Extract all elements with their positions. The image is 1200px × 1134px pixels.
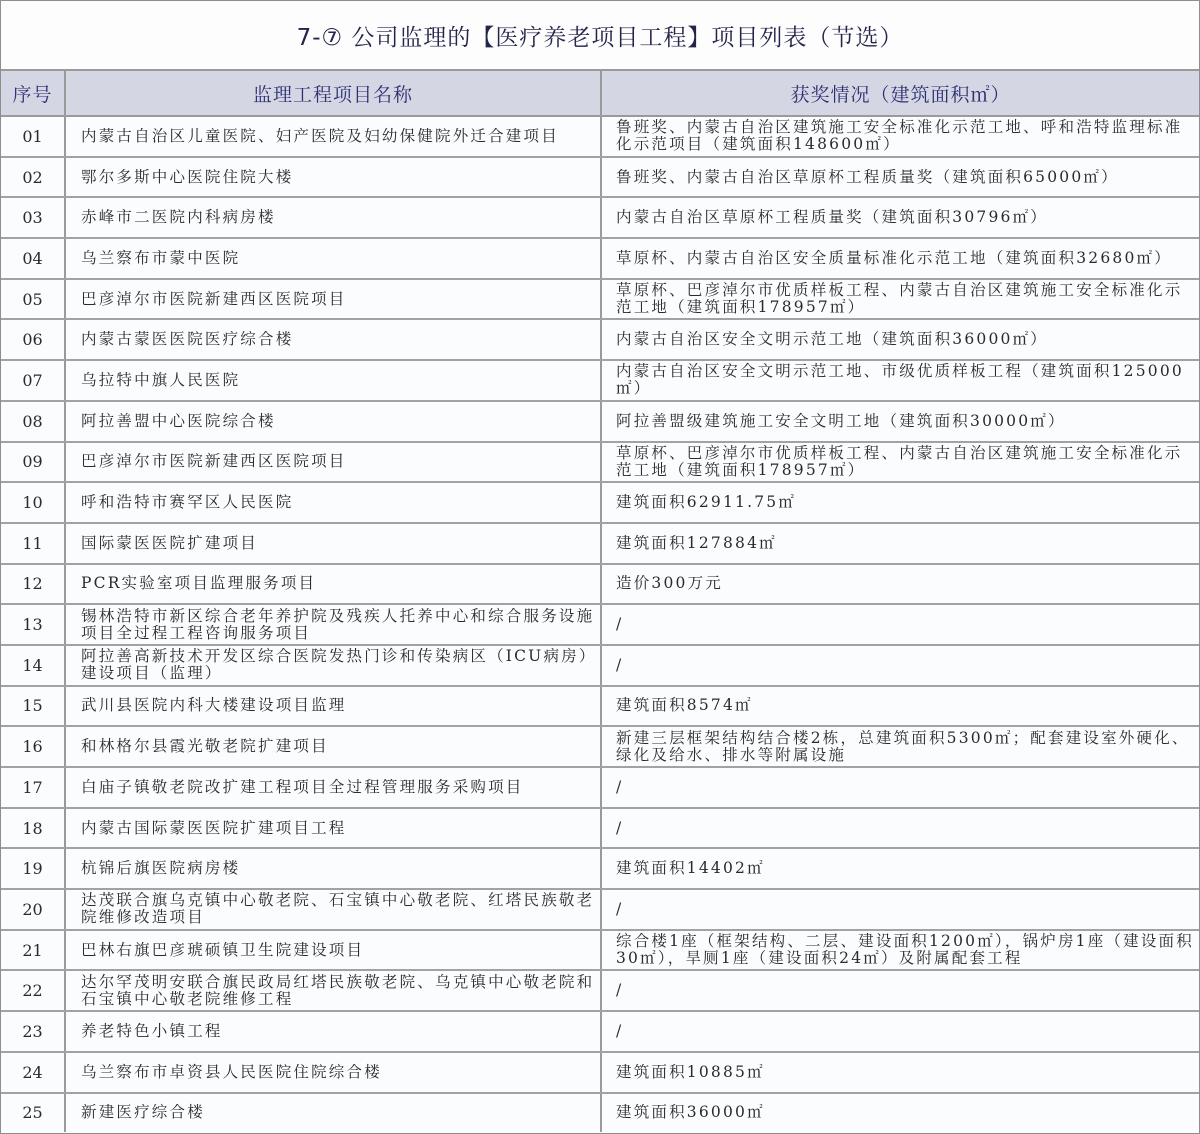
table-row: 23养老特色小镇工程/ <box>1 1011 1199 1052</box>
award-info-cell: 新建三层框架结构结合楼2栋，总建筑面积5300㎡；配套建设室外硬化、绿化及给水、… <box>601 726 1199 767</box>
page-title: 7-⑦ 公司监理的【医疗养老项目工程】项目列表（节选） <box>297 19 904 52</box>
project-name: 乌兰察布市蒙中医院 <box>81 250 596 267</box>
award-info: / <box>616 657 1195 674</box>
row-number: 04 <box>1 250 64 267</box>
table-row: 17白庙子镇敬老院改扩建工程项目全过程管理服务采购项目/ <box>1 767 1199 808</box>
row-number-cell: 06 <box>1 319 65 360</box>
table-row: 22达尔罕茂明安联合旗民政局红塔民族敬老院、乌克镇中心敬老院和石宝镇中心敬老院维… <box>1 970 1199 1011</box>
project-name: 内蒙古自治区儿童医院、妇产医院及妇幼保健院外迁合建项目 <box>81 128 596 145</box>
project-name: 锡林浩特市新区综合老年养护院及残疾人托养中心和综合服务设施项目全过程工程咨询服务… <box>81 608 596 642</box>
table-row: 11国际蒙医医院扩建项目建筑面积127884㎡ <box>1 523 1199 564</box>
row-number: 14 <box>1 657 64 674</box>
row-number-cell: 22 <box>1 970 65 1011</box>
project-name-cell: 巴林右旗巴彦琥硕镇卫生院建设项目 <box>65 930 601 971</box>
award-info: / <box>616 779 1195 796</box>
row-number-cell: 16 <box>1 726 65 767</box>
row-number-cell: 15 <box>1 686 65 727</box>
row-number: 18 <box>1 820 64 837</box>
award-info-cell: 草原杯、内蒙古自治区安全质量标准化示范工地（建筑面积32680㎡） <box>601 238 1199 279</box>
award-info: 草原杯、内蒙古自治区安全质量标准化示范工地（建筑面积32680㎡） <box>616 250 1195 267</box>
award-info-cell: 鲁班奖、内蒙古自治区建筑施工安全标准化示范工地、呼和浩特监理标准化示范项目（建筑… <box>601 116 1199 157</box>
award-info-cell: 建筑面积10885㎡ <box>601 1052 1199 1093</box>
award-info-cell: / <box>601 1011 1199 1052</box>
award-info-cell: 建筑面积36000㎡ <box>601 1093 1199 1133</box>
project-name-cell: 阿拉善盟中心医院综合楼 <box>65 401 601 442</box>
table-row: 03赤峰市二医院内科病房楼内蒙古自治区草原杯工程质量奖（建筑面积30796㎡） <box>1 197 1199 238</box>
table-row: 12PCR实验室项目监理服务项目造价300万元 <box>1 564 1199 605</box>
award-info-cell: 建筑面积8574㎡ <box>601 686 1199 727</box>
row-number-cell: 04 <box>1 238 65 279</box>
row-number-cell: 02 <box>1 157 65 198</box>
project-name: 达尔罕茂明安联合旗民政局红塔民族敬老院、乌克镇中心敬老院和石宝镇中心敬老院维修工… <box>81 974 596 1008</box>
award-info: 内蒙古自治区安全文明示范工地（建筑面积36000㎡） <box>616 331 1195 348</box>
project-name-cell: 乌拉特中旗人民医院 <box>65 360 601 401</box>
project-name-cell: 达茂联合旗乌克镇中心敬老院、石宝镇中心敬老院、红塔民族敬老院维修改造项目 <box>65 889 601 930</box>
title-bar: 7-⑦ 公司监理的【医疗养老项目工程】项目列表（节选） <box>1 1 1199 71</box>
row-number-cell: 10 <box>1 482 65 523</box>
table-row: 24乌兰察布市卓资县人民医院住院综合楼建筑面积10885㎡ <box>1 1052 1199 1093</box>
award-info: / <box>616 616 1195 633</box>
table-row: 25新建医疗综合楼建筑面积36000㎡ <box>1 1093 1199 1133</box>
project-name-cell: 乌兰察布市蒙中医院 <box>65 238 601 279</box>
award-info: 建筑面积10885㎡ <box>616 1064 1195 1081</box>
row-number-cell: 05 <box>1 279 65 320</box>
column-header-award: 获奖情况（建筑面积㎡） <box>601 71 1199 116</box>
project-name-cell: 巴彦淖尔市医院新建西区医院项目 <box>65 279 601 320</box>
award-info-cell: / <box>601 808 1199 849</box>
row-number: 09 <box>1 453 64 470</box>
column-header-no: 序号 <box>1 71 65 116</box>
project-name-cell: 锡林浩特市新区综合老年养护院及残疾人托养中心和综合服务设施项目全过程工程咨询服务… <box>65 604 601 645</box>
table-row: 02鄂尔多斯中心医院住院大楼鲁班奖、内蒙古自治区草原杯工程质量奖（建筑面积650… <box>1 157 1199 198</box>
award-info: 建筑面积8574㎡ <box>616 697 1195 714</box>
award-info: / <box>616 982 1195 999</box>
project-name: 阿拉善高新技术开发区综合医院发热门诊和传染病区（ICU病房）建设项目（监理） <box>81 648 596 682</box>
row-number: 25 <box>1 1104 64 1121</box>
column-header-name: 监理工程项目名称 <box>65 71 601 116</box>
project-name: 国际蒙医医院扩建项目 <box>81 535 596 552</box>
row-number: 05 <box>1 291 64 308</box>
project-name-cell: 内蒙古蒙医医院医疗综合楼 <box>65 319 601 360</box>
row-number: 15 <box>1 697 64 714</box>
award-info: / <box>616 820 1195 837</box>
award-info: 草原杯、巴彦淖尔市优质样板工程、内蒙古自治区建筑施工安全标准化示范工地（建筑面积… <box>616 445 1195 479</box>
table-row: 07乌拉特中旗人民医院内蒙古自治区安全文明示范工地、市级优质样板工程（建筑面积1… <box>1 360 1199 401</box>
table-row: 04乌兰察布市蒙中医院草原杯、内蒙古自治区安全质量标准化示范工地（建筑面积326… <box>1 238 1199 279</box>
row-number-cell: 03 <box>1 197 65 238</box>
row-number-cell: 13 <box>1 604 65 645</box>
project-name-cell: 赤峰市二医院内科病房楼 <box>65 197 601 238</box>
row-number-cell: 18 <box>1 808 65 849</box>
table-row: 01内蒙古自治区儿童医院、妇产医院及妇幼保健院外迁合建项目鲁班奖、内蒙古自治区建… <box>1 116 1199 157</box>
row-number-cell: 14 <box>1 645 65 686</box>
project-name: PCR实验室项目监理服务项目 <box>81 575 596 592</box>
award-info: 建筑面积62911.75㎡ <box>616 494 1195 511</box>
row-number: 19 <box>1 860 64 877</box>
project-name-cell: 巴彦淖尔市医院新建西区医院项目 <box>65 442 601 483</box>
row-number: 22 <box>1 982 64 999</box>
table-body: 01内蒙古自治区儿童医院、妇产医院及妇幼保健院外迁合建项目鲁班奖、内蒙古自治区建… <box>1 116 1199 1132</box>
award-info: 阿拉善盟级建筑施工安全文明工地（建筑面积30000㎡） <box>616 413 1195 430</box>
header-row: 序号 监理工程项目名称 获奖情况（建筑面积㎡） <box>1 71 1199 116</box>
project-table: 序号 监理工程项目名称 获奖情况（建筑面积㎡） 01内蒙古自治区儿童医院、妇产医… <box>1 71 1199 1132</box>
row-number: 16 <box>1 738 64 755</box>
row-number: 01 <box>1 128 64 145</box>
award-info: 建筑面积36000㎡ <box>616 1104 1195 1121</box>
row-number-cell: 11 <box>1 523 65 564</box>
project-name-cell: 乌兰察布市卓资县人民医院住院综合楼 <box>65 1052 601 1093</box>
table-row: 08阿拉善盟中心医院综合楼阿拉善盟级建筑施工安全文明工地（建筑面积30000㎡） <box>1 401 1199 442</box>
project-list-sheet: 7-⑦ 公司监理的【医疗养老项目工程】项目列表（节选） 序号 监理工程项目名称 … <box>0 0 1200 1134</box>
project-name: 杭锦后旗医院病房楼 <box>81 860 596 877</box>
award-info-cell: / <box>601 970 1199 1011</box>
row-number: 13 <box>1 616 64 633</box>
project-name-cell: 武川县医院内科大楼建设项目监理 <box>65 686 601 727</box>
row-number: 06 <box>1 331 64 348</box>
project-name: 巴彦淖尔市医院新建西区医院项目 <box>81 291 596 308</box>
award-info-cell: 阿拉善盟级建筑施工安全文明工地（建筑面积30000㎡） <box>601 401 1199 442</box>
award-info-cell: 内蒙古自治区草原杯工程质量奖（建筑面积30796㎡） <box>601 197 1199 238</box>
row-number-cell: 25 <box>1 1093 65 1133</box>
row-number-cell: 20 <box>1 889 65 930</box>
award-info: 综合楼1座（框架结构、二层、建设面积1200㎡），锅炉房1座（建设面积30㎡），… <box>616 933 1195 967</box>
award-info: 建筑面积127884㎡ <box>616 535 1195 552</box>
project-name: 巴林右旗巴彦琥硕镇卫生院建设项目 <box>81 942 596 959</box>
row-number: 11 <box>1 535 64 552</box>
award-info-cell: 综合楼1座（框架结构、二层、建设面积1200㎡），锅炉房1座（建设面积30㎡），… <box>601 930 1199 971</box>
row-number-cell: 17 <box>1 767 65 808</box>
row-number: 07 <box>1 372 64 389</box>
award-info-cell: / <box>601 889 1199 930</box>
project-name-cell: PCR实验室项目监理服务项目 <box>65 564 601 605</box>
project-name-cell: 呼和浩特市赛罕区人民医院 <box>65 482 601 523</box>
row-number-cell: 12 <box>1 564 65 605</box>
project-name: 巴彦淖尔市医院新建西区医院项目 <box>81 453 596 470</box>
award-info-cell: 造价300万元 <box>601 564 1199 605</box>
table-row: 05巴彦淖尔市医院新建西区医院项目草原杯、巴彦淖尔市优质样板工程、内蒙古自治区建… <box>1 279 1199 320</box>
project-name-cell: 阿拉善高新技术开发区综合医院发热门诊和传染病区（ICU病房）建设项目（监理） <box>65 645 601 686</box>
row-number: 17 <box>1 779 64 796</box>
project-name: 内蒙古蒙医医院医疗综合楼 <box>81 331 596 348</box>
table-row: 10呼和浩特市赛罕区人民医院建筑面积62911.75㎡ <box>1 482 1199 523</box>
project-name: 和林格尔县霞光敬老院扩建项目 <box>81 738 596 755</box>
table-row: 16和林格尔县霞光敬老院扩建项目新建三层框架结构结合楼2栋，总建筑面积5300㎡… <box>1 726 1199 767</box>
project-name: 乌兰察布市卓资县人民医院住院综合楼 <box>81 1064 596 1081</box>
table-row: 18内蒙古国际蒙医医院扩建项目工程/ <box>1 808 1199 849</box>
row-number-cell: 23 <box>1 1011 65 1052</box>
row-number: 24 <box>1 1064 64 1081</box>
row-number-cell: 07 <box>1 360 65 401</box>
award-info: 新建三层框架结构结合楼2栋，总建筑面积5300㎡；配套建设室外硬化、绿化及给水、… <box>616 730 1195 764</box>
row-number-cell: 21 <box>1 930 65 971</box>
project-name: 鄂尔多斯中心医院住院大楼 <box>81 169 596 186</box>
award-info: / <box>616 901 1195 918</box>
row-number-cell: 08 <box>1 401 65 442</box>
project-name-cell: 新建医疗综合楼 <box>65 1093 601 1133</box>
table-row: 15武川县医院内科大楼建设项目监理建筑面积8574㎡ <box>1 686 1199 727</box>
project-name-cell: 国际蒙医医院扩建项目 <box>65 523 601 564</box>
project-name: 武川县医院内科大楼建设项目监理 <box>81 697 596 714</box>
table-row: 13锡林浩特市新区综合老年养护院及残疾人托养中心和综合服务设施项目全过程工程咨询… <box>1 604 1199 645</box>
award-info-cell: 草原杯、巴彦淖尔市优质样板工程、内蒙古自治区建筑施工安全标准化示范工地（建筑面积… <box>601 442 1199 483</box>
project-name: 白庙子镇敬老院改扩建工程项目全过程管理服务采购项目 <box>81 779 596 796</box>
award-info: 鲁班奖、内蒙古自治区草原杯工程质量奖（建筑面积65000㎡） <box>616 169 1195 186</box>
project-name: 赤峰市二医院内科病房楼 <box>81 209 596 226</box>
award-info: / <box>616 1023 1195 1040</box>
award-info: 鲁班奖、内蒙古自治区建筑施工安全标准化示范工地、呼和浩特监理标准化示范项目（建筑… <box>616 119 1195 153</box>
project-name-cell: 鄂尔多斯中心医院住院大楼 <box>65 157 601 198</box>
row-number: 21 <box>1 942 64 959</box>
row-number-cell: 24 <box>1 1052 65 1093</box>
project-name-cell: 杭锦后旗医院病房楼 <box>65 848 601 889</box>
award-info-cell: 草原杯、巴彦淖尔市优质样板工程、内蒙古自治区建筑施工安全标准化示范工地（建筑面积… <box>601 279 1199 320</box>
award-info: 建筑面积14402㎡ <box>616 860 1195 877</box>
row-number: 10 <box>1 494 64 511</box>
award-info-cell: 鲁班奖、内蒙古自治区草原杯工程质量奖（建筑面积65000㎡） <box>601 157 1199 198</box>
award-info-cell: 内蒙古自治区安全文明示范工地、市级优质样板工程（建筑面积125000㎡） <box>601 360 1199 401</box>
table-header: 序号 监理工程项目名称 获奖情况（建筑面积㎡） <box>1 71 1199 116</box>
award-info-cell: 建筑面积127884㎡ <box>601 523 1199 564</box>
row-number-cell: 01 <box>1 116 65 157</box>
row-number-cell: 09 <box>1 442 65 483</box>
award-info-cell: 内蒙古自治区安全文明示范工地（建筑面积36000㎡） <box>601 319 1199 360</box>
project-name-cell: 内蒙古自治区儿童医院、妇产医院及妇幼保健院外迁合建项目 <box>65 116 601 157</box>
project-name: 内蒙古国际蒙医医院扩建项目工程 <box>81 820 596 837</box>
row-number: 23 <box>1 1023 64 1040</box>
award-info: 造价300万元 <box>616 575 1195 592</box>
award-info-cell: / <box>601 604 1199 645</box>
award-info-cell: 建筑面积14402㎡ <box>601 848 1199 889</box>
row-number: 02 <box>1 169 64 186</box>
award-info-cell: / <box>601 645 1199 686</box>
project-name-cell: 白庙子镇敬老院改扩建工程项目全过程管理服务采购项目 <box>65 767 601 808</box>
award-info-cell: / <box>601 767 1199 808</box>
table-row: 19杭锦后旗医院病房楼建筑面积14402㎡ <box>1 848 1199 889</box>
table-row: 21巴林右旗巴彦琥硕镇卫生院建设项目综合楼1座（框架结构、二层、建设面积1200… <box>1 930 1199 971</box>
award-info-cell: 建筑面积62911.75㎡ <box>601 482 1199 523</box>
row-number: 20 <box>1 901 64 918</box>
project-name: 养老特色小镇工程 <box>81 1023 596 1040</box>
row-number-cell: 19 <box>1 848 65 889</box>
table-row: 20达茂联合旗乌克镇中心敬老院、石宝镇中心敬老院、红塔民族敬老院维修改造项目/ <box>1 889 1199 930</box>
table-row: 14阿拉善高新技术开发区综合医院发热门诊和传染病区（ICU病房）建设项目（监理）… <box>1 645 1199 686</box>
project-name: 达茂联合旗乌克镇中心敬老院、石宝镇中心敬老院、红塔民族敬老院维修改造项目 <box>81 892 596 926</box>
project-name-cell: 内蒙古国际蒙医医院扩建项目工程 <box>65 808 601 849</box>
project-name: 阿拉善盟中心医院综合楼 <box>81 413 596 430</box>
table-row: 06内蒙古蒙医医院医疗综合楼内蒙古自治区安全文明示范工地（建筑面积36000㎡） <box>1 319 1199 360</box>
table-row: 09巴彦淖尔市医院新建西区医院项目草原杯、巴彦淖尔市优质样板工程、内蒙古自治区建… <box>1 442 1199 483</box>
project-name-cell: 达尔罕茂明安联合旗民政局红塔民族敬老院、乌克镇中心敬老院和石宝镇中心敬老院维修工… <box>65 970 601 1011</box>
row-number: 08 <box>1 413 64 430</box>
project-name-cell: 和林格尔县霞光敬老院扩建项目 <box>65 726 601 767</box>
project-name: 新建医疗综合楼 <box>81 1104 596 1121</box>
award-info: 草原杯、巴彦淖尔市优质样板工程、内蒙古自治区建筑施工安全标准化示范工地（建筑面积… <box>616 282 1195 316</box>
award-info: 内蒙古自治区草原杯工程质量奖（建筑面积30796㎡） <box>616 209 1195 226</box>
award-info: 内蒙古自治区安全文明示范工地、市级优质样板工程（建筑面积125000㎡） <box>616 363 1195 397</box>
project-name: 呼和浩特市赛罕区人民医院 <box>81 494 596 511</box>
project-name-cell: 养老特色小镇工程 <box>65 1011 601 1052</box>
row-number: 12 <box>1 575 64 592</box>
row-number: 03 <box>1 209 64 226</box>
project-name: 乌拉特中旗人民医院 <box>81 372 596 389</box>
